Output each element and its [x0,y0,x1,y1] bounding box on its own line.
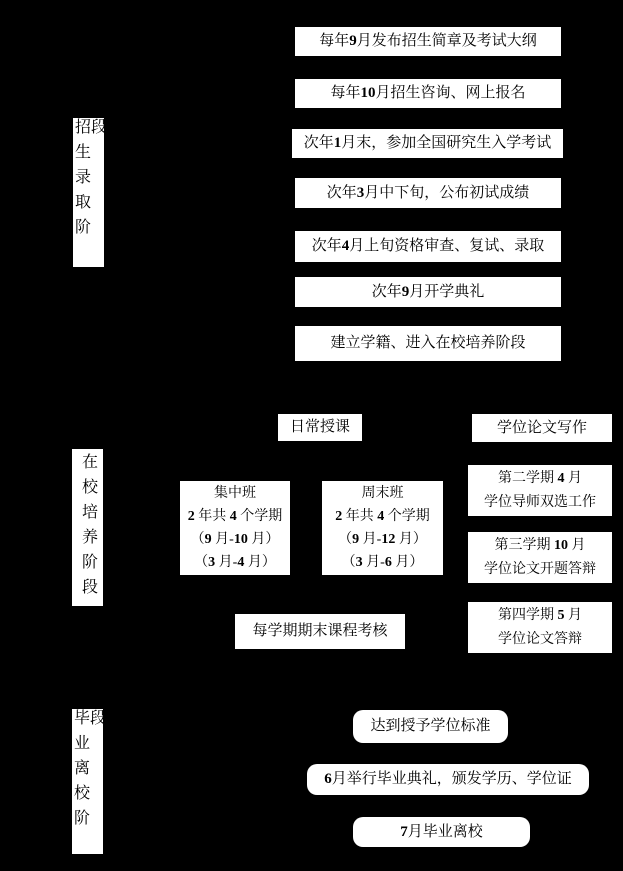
stage-label-graduation-text: 毕业离校阶段 [72,709,104,854]
milestone-line: 学位论文答辩 [498,628,582,652]
intensive-class-line: （3 月-4 月） [194,551,276,574]
node-degree-standard: 达到授予学位标准 [353,710,508,743]
intensive-class-line: 2 年共 4 个学期 [188,505,283,528]
milestone-line: 第二学期 4 月 [498,467,582,491]
node-leave-school: 7 月毕业离校 [353,817,530,847]
weekend-class-line: 周末班 [362,482,404,505]
node-consult-register: 每年 10 月招生咨询、网上报名 [295,79,561,108]
node-enrollment-established: 建立学籍、进入在校培养阶段 [295,326,561,361]
flowchart-canvas: 招生录取阶段 在校培养阶段 毕业离校阶段 每年 9 月发布招生简章及考试大纲 每… [0,0,623,871]
node-milestone-supervisor-selection: 第二学期 4 月 学位导师双选工作 [468,465,612,516]
weekend-class-line: （9 月-12 月） [338,528,427,551]
node-thesis-writing: 学位论文写作 [472,414,612,442]
node-national-exam: 次年 1 月末，参加全国研究生入学考试 [292,129,563,158]
node-publish-results: 次年 3 月中下旬，公布初试成绩 [295,178,561,208]
stage-label-training-text: 在校培养阶段 [80,453,96,603]
milestone-line: 学位论文开题答辩 [484,558,596,582]
weekend-class-line: 2 年共 4 个学期 [335,505,430,528]
intensive-class-line: （9 月-10 月） [191,528,280,551]
node-milestone-thesis-defense: 第四学期 5 月 学位论文答辩 [468,602,612,653]
node-intensive-class: 集中班 2 年共 4 个学期 （9 月-10 月） （3 月-4 月） [180,481,290,575]
node-graduation-ceremony: 6 月举行毕业典礼，颁发学历、学位证 [307,764,589,795]
stage-label-admission-text: 招生录取阶段 [73,118,105,267]
node-announce-brochure: 每年 9 月发布招生简章及考试大纲 [295,27,561,56]
stage-label-training: 在校培养阶段 [72,449,103,606]
node-weekend-class: 周末班 2 年共 4 个学期 （9 月-12 月） （3 月-6 月） [322,481,443,575]
milestone-line: 学位导师双选工作 [484,491,596,515]
node-opening-ceremony: 次年 9 月开学典礼 [295,277,561,307]
node-review-retest-admit: 次年 4 月上旬资格审查、复试、录取 [295,231,561,262]
stage-label-admission: 招生录取阶段 [73,118,104,267]
milestone-line: 第三学期 10 月 [495,534,586,558]
milestone-line: 第四学期 5 月 [498,604,582,628]
stage-label-graduation: 毕业离校阶段 [72,709,103,854]
node-milestone-proposal-defense: 第三学期 10 月 学位论文开题答辩 [468,532,612,583]
weekend-class-line: （3 月-6 月） [342,551,424,574]
node-course-assessment: 每学期期末课程考核 [235,614,405,649]
node-daily-teaching: 日常授课 [278,414,362,441]
intensive-class-line: 集中班 [214,482,256,505]
